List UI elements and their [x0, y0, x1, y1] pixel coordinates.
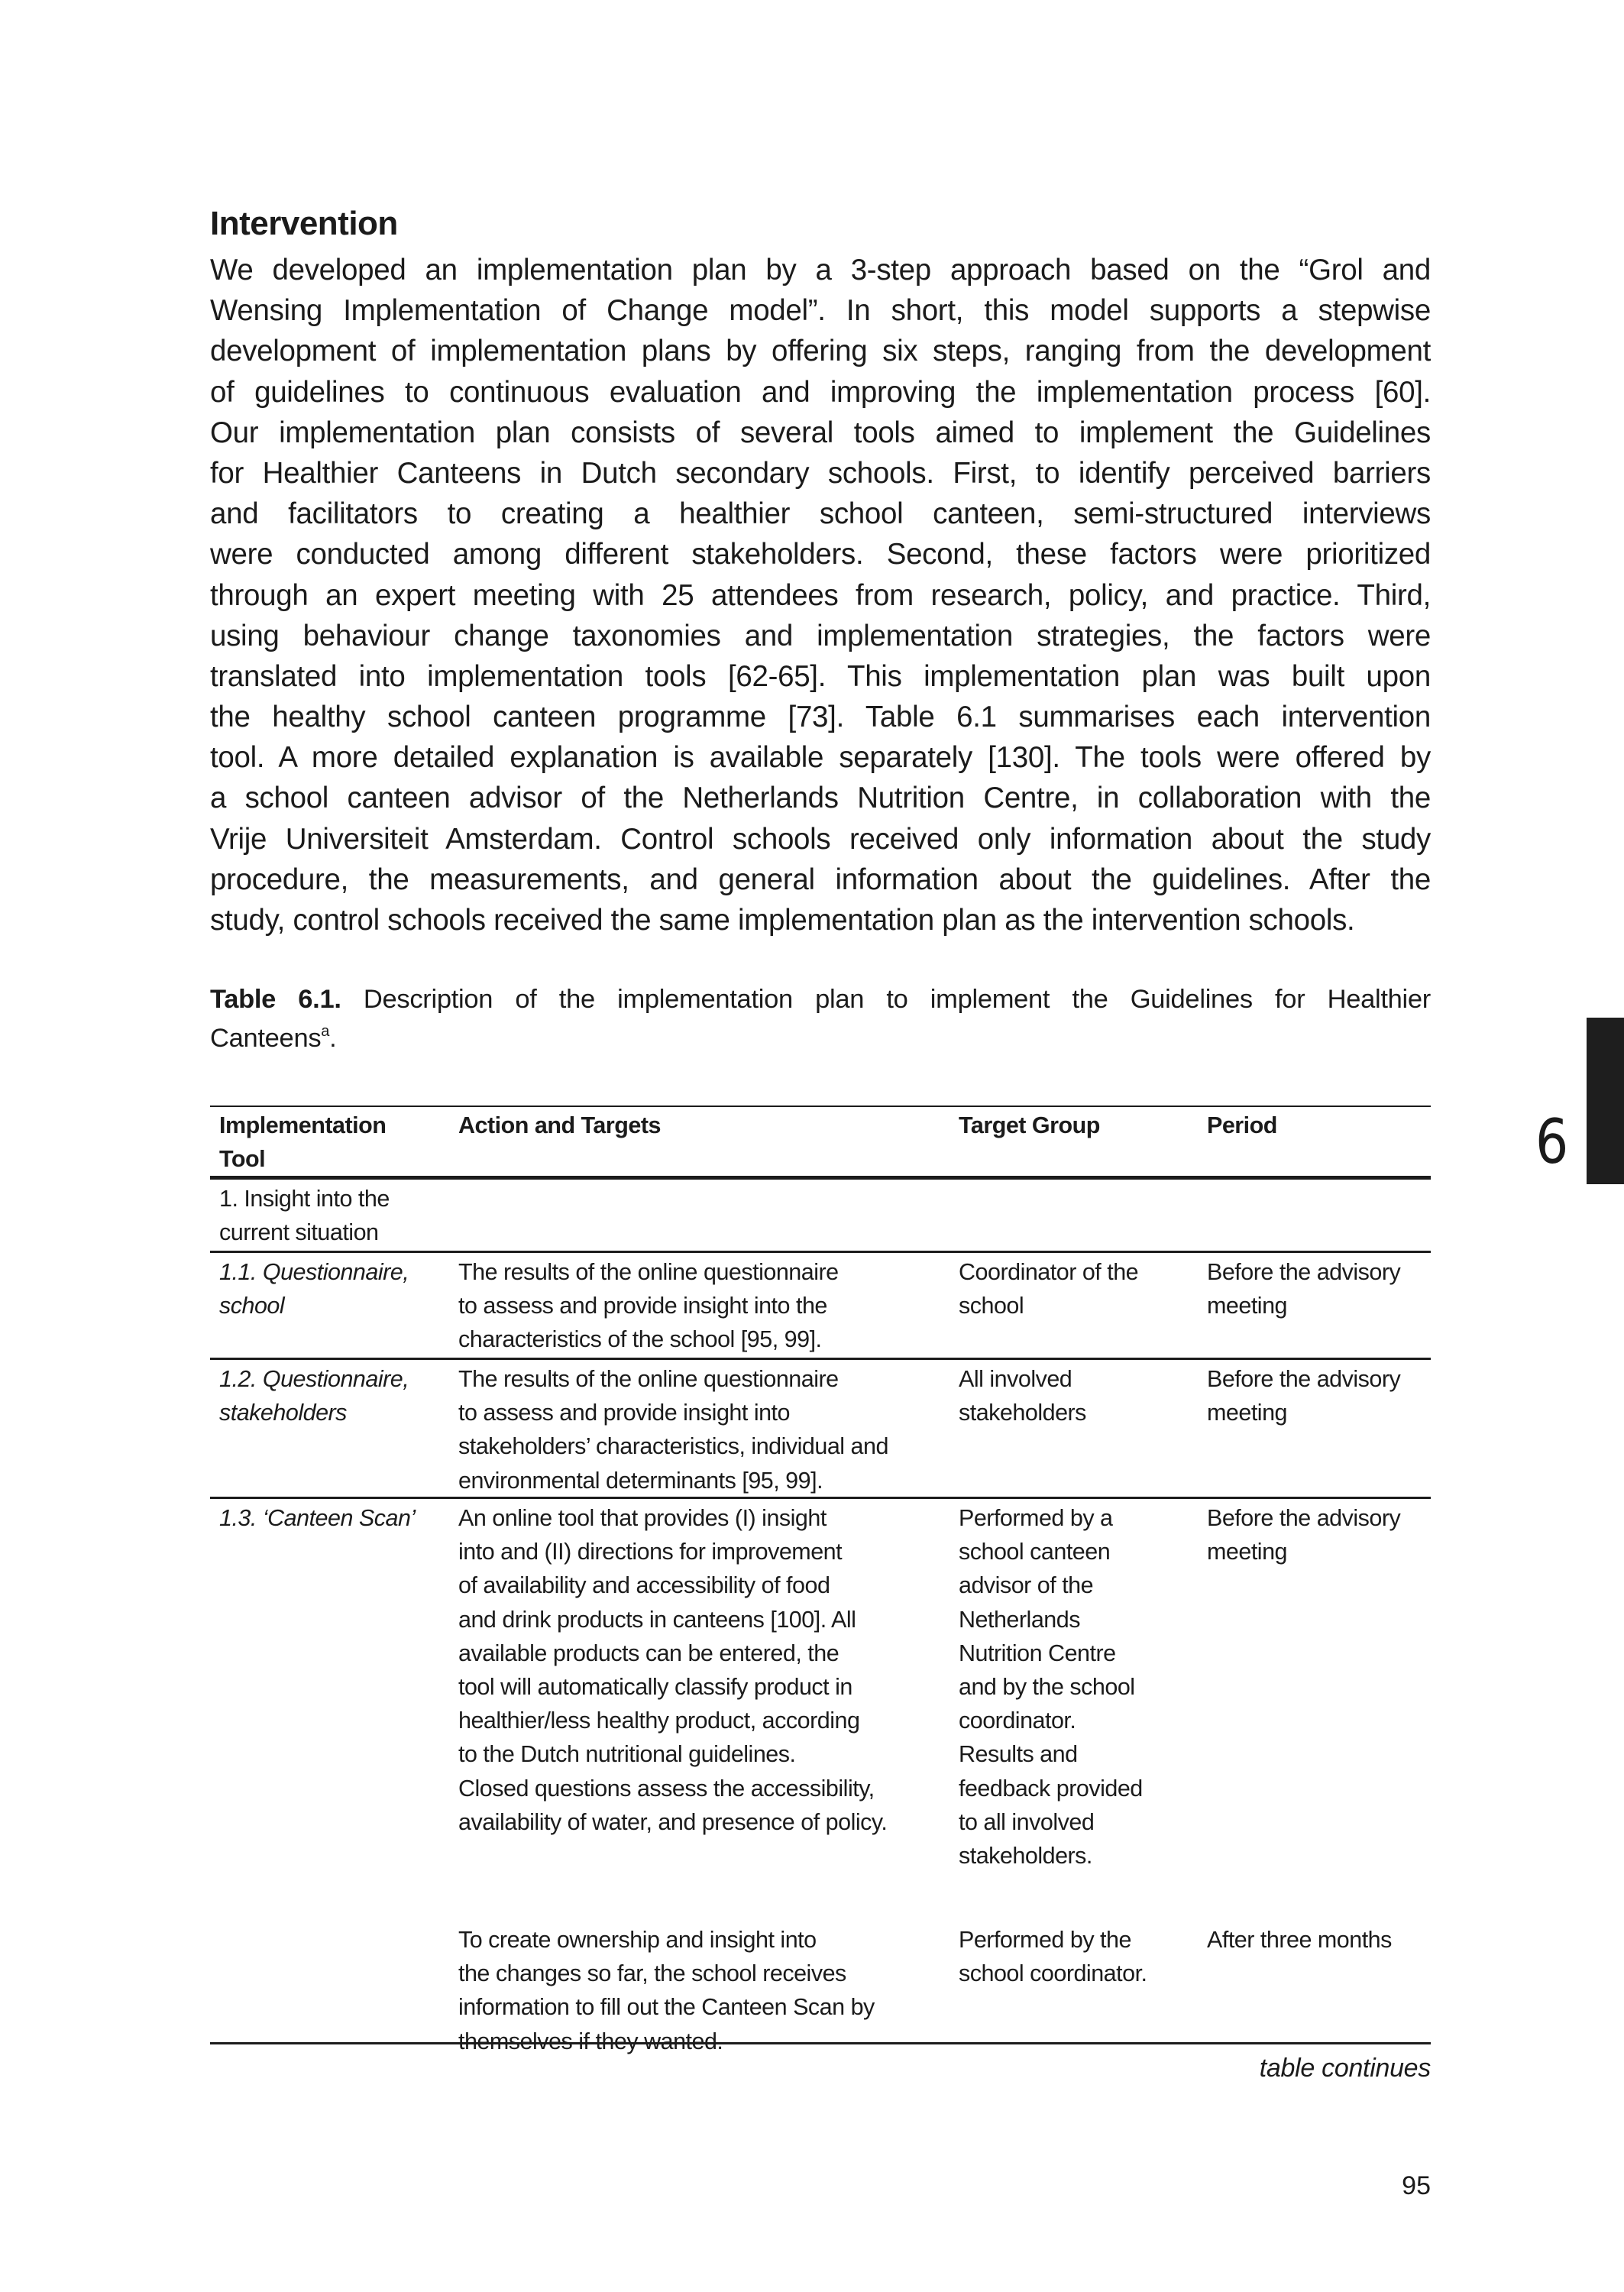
row-3-group: All involvedstakeholders — [959, 1362, 1086, 1429]
cell-line: Coordinator of the — [959, 1255, 1138, 1289]
body-line: procedure, the measurements, and general… — [210, 859, 1431, 900]
table-rule — [210, 1176, 1431, 1180]
caption-text: Description of the implementation plan t… — [364, 985, 1431, 1014]
cell-line: current situation — [219, 1216, 390, 1249]
cell-line: Target Group — [959, 1109, 1100, 1142]
caption-label: Table 6.1. — [210, 985, 341, 1014]
cell-line: feedback provided — [959, 1772, 1143, 1805]
table-rule — [210, 1251, 1431, 1253]
row-2-tool: 1.1. Questionnaire,school — [219, 1255, 409, 1322]
cell-line: to assess and provide insight into the — [458, 1289, 839, 1322]
row-4-tool: 1.3. ‘Canteen Scan’ — [219, 1501, 416, 1535]
cell-line: themselves if they wanted. — [458, 2025, 875, 2058]
body-line: translated into implementation tools [62… — [210, 656, 1431, 697]
cell-line: the changes so far, the school receives — [458, 1957, 875, 1990]
cell-line: healthier/less healthy product, accordin… — [458, 1704, 887, 1737]
footnote-marker: a — [321, 1023, 329, 1040]
caption-line-1: Table 6.1. Description of the implementa… — [210, 980, 1431, 1019]
row-2-group: Coordinator of theschool — [959, 1255, 1138, 1322]
body-line: We developed an implementation plan by a… — [210, 250, 1431, 290]
cell-line: stakeholders’ characteristics, individua… — [458, 1429, 888, 1463]
cell-line: into and (II) directions for improvement — [458, 1535, 887, 1568]
page-number: 95 — [1402, 2171, 1431, 2201]
body-line: Our implementation plan consists of seve… — [210, 413, 1431, 453]
cell-line: school coordinator. — [959, 1957, 1147, 1990]
cell-line: Period — [1207, 1109, 1277, 1142]
body-line: tool. A more detailed explanation is ava… — [210, 737, 1431, 778]
cell-line: Performed by the — [959, 1923, 1147, 1957]
cell-line: environmental determinants [95, 99]. — [458, 1464, 888, 1497]
cell-line: Implementation — [219, 1109, 386, 1142]
cell-line: Before the advisory — [1207, 1255, 1400, 1289]
cell-line: Action and Targets — [458, 1109, 661, 1142]
cell-line: 1.3. ‘Canteen Scan’ — [219, 1501, 416, 1535]
cell-line: After three months — [1207, 1923, 1392, 1957]
header-tool: ImplementationTool — [219, 1109, 386, 1176]
cell-line: availability of water, and presence of p… — [458, 1805, 887, 1839]
row-1-tool: 1. Insight into thecurrent situation — [219, 1182, 390, 1249]
cell-line: meeting — [1207, 1535, 1400, 1568]
cell-line: to all involved — [959, 1805, 1143, 1839]
row-5-group: Performed by theschool coordinator. — [959, 1923, 1147, 1990]
header-action: Action and Targets — [458, 1109, 661, 1142]
row-5-action: To create ownership and insight intothe … — [458, 1923, 875, 2058]
body-line: for Healthier Canteens in Dutch secondar… — [210, 453, 1431, 494]
cell-line: 1.2. Questionnaire, — [219, 1362, 409, 1396]
cell-line: Performed by a — [959, 1501, 1143, 1535]
cell-line: The results of the online questionnaire — [458, 1255, 839, 1289]
cell-line: The results of the online questionnaire — [458, 1362, 888, 1396]
row-4-group: Performed by aschool canteenadvisor of t… — [959, 1501, 1143, 1873]
cell-line: and by the school — [959, 1670, 1143, 1704]
cell-line: Before the advisory — [1207, 1362, 1400, 1396]
table-continues-note: table continues — [1260, 2054, 1431, 2083]
cell-line: advisor of the — [959, 1568, 1143, 1602]
cell-line: to assess and provide insight into — [458, 1396, 888, 1429]
row-3-action: The results of the online questionnairet… — [458, 1362, 888, 1497]
cell-line: information to fill out the Canteen Scan… — [458, 1990, 875, 2024]
cell-line: available products can be entered, the — [458, 1636, 887, 1670]
cell-line: 1.1. Questionnaire, — [219, 1255, 409, 1289]
cell-line: Nutrition Centre — [959, 1636, 1143, 1670]
cell-line: meeting — [1207, 1289, 1400, 1322]
cell-line: Closed questions assess the accessibilit… — [458, 1772, 887, 1805]
cell-line: tool will automatically classify product… — [458, 1670, 887, 1704]
chapter-tab-marker — [1587, 1018, 1624, 1184]
cell-line: All involved — [959, 1362, 1086, 1396]
body-line: the healthy school canteen programme [73… — [210, 697, 1431, 737]
cell-line: and drink products in canteens [100]. Al… — [458, 1603, 887, 1636]
section-heading: Intervention — [210, 205, 398, 243]
cell-line: To create ownership and insight into — [458, 1923, 875, 1957]
header-group: Target Group — [959, 1109, 1100, 1142]
cell-line: school — [959, 1289, 1138, 1322]
cell-line: characteristics of the school [95, 99]. — [458, 1322, 839, 1356]
cell-line: Netherlands — [959, 1603, 1143, 1636]
chapter-number: 6 — [1535, 1112, 1568, 1173]
body-line: Vrije Universiteit Amsterdam. Control sc… — [210, 819, 1431, 859]
cell-line: 1. Insight into the — [219, 1182, 390, 1216]
body-line: a school canteen advisor of the Netherla… — [210, 778, 1431, 818]
row-3-tool: 1.2. Questionnaire,stakeholders — [219, 1362, 409, 1429]
cell-line: stakeholders. — [959, 1839, 1143, 1873]
cell-line: meeting — [1207, 1396, 1400, 1429]
table-rule — [210, 1358, 1431, 1360]
document-page: Intervention We developed an implementat… — [0, 0, 1624, 2292]
row-5-period: After three months — [1207, 1923, 1392, 1957]
row-2-period: Before the advisorymeeting — [1207, 1255, 1400, 1322]
cell-line: Tool — [219, 1142, 386, 1176]
cell-line: to the Dutch nutritional guidelines. — [458, 1737, 887, 1771]
row-3-period: Before the advisorymeeting — [1207, 1362, 1400, 1429]
cell-line: of availability and accessibility of foo… — [458, 1568, 887, 1602]
body-line: and facilitators to creating a healthier… — [210, 494, 1431, 534]
body-line: study, control schools received the same… — [210, 900, 1431, 940]
cell-line: school — [219, 1289, 409, 1322]
header-period: Period — [1207, 1109, 1277, 1142]
cell-line: school canteen — [959, 1535, 1143, 1568]
cell-line: Results and — [959, 1737, 1143, 1771]
body-paragraph: We developed an implementation plan by a… — [210, 250, 1431, 940]
table-caption: Table 6.1. Description of the implementa… — [210, 980, 1431, 1058]
body-line: development of implementation plans by o… — [210, 331, 1431, 371]
cell-line: coordinator. — [959, 1704, 1143, 1737]
cell-line: Before the advisory — [1207, 1501, 1400, 1535]
body-line: Wensing Implementation of Change model”.… — [210, 290, 1431, 331]
body-line: using behaviour change taxonomies and im… — [210, 616, 1431, 656]
row-4-period: Before the advisorymeeting — [1207, 1501, 1400, 1568]
body-line: through an expert meeting with 25 attend… — [210, 575, 1431, 616]
body-line: of guidelines to continuous evaluation a… — [210, 372, 1431, 413]
table-rule — [210, 1106, 1431, 1107]
cell-line: stakeholders — [219, 1396, 409, 1429]
cell-line: stakeholders — [959, 1396, 1086, 1429]
row-2-action: The results of the online questionnairet… — [458, 1255, 839, 1357]
body-line: were conducted among different stakehold… — [210, 534, 1431, 575]
cell-line: An online tool that provides (I) insight — [458, 1501, 887, 1535]
row-4-action: An online tool that provides (I) insight… — [458, 1501, 887, 1839]
caption-line-2: Canteensa. — [210, 1024, 336, 1053]
